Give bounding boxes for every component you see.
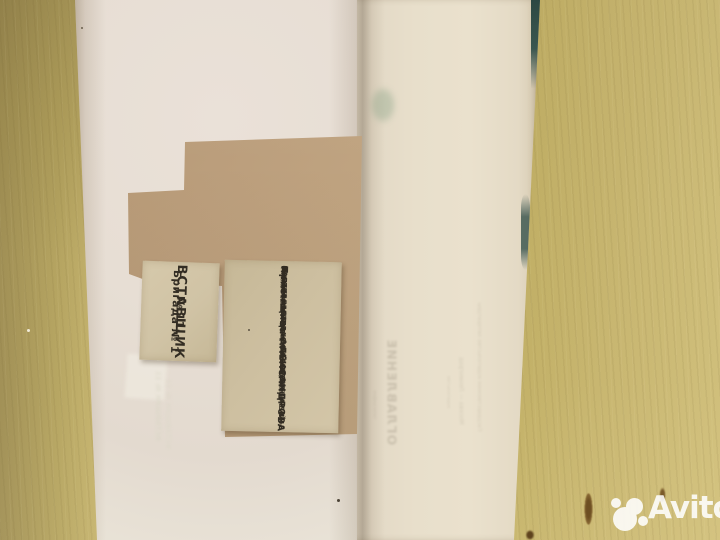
dust-speck bbox=[337, 499, 340, 502]
avito-brand-text: Avito bbox=[648, 490, 720, 526]
production-slip-text: ВСТАВЩИК № 11 Бригада № 1 bbox=[139, 261, 219, 363]
avito-logo-circle-icon bbox=[611, 498, 621, 508]
show-through-text: издательство bbox=[446, 376, 451, 409]
show-through-title: ОГЛАВЛЕНИЕ bbox=[382, 340, 402, 444]
wood-knot bbox=[583, 487, 594, 531]
ghost-ink-text: ВСТАВЩИК № 11 bbox=[164, 379, 172, 449]
show-through-column: Государственное издательство литературы bbox=[471, 304, 487, 430]
avito-logo-circle-icon bbox=[626, 498, 643, 515]
defect-return-slip: Ф-ка книги «КРАСНЫЙ ПРОЛЕТАРИЙ» ИЗДАТЕЛЬ… bbox=[221, 260, 342, 433]
wood-knot bbox=[524, 528, 536, 540]
photo-open-book-on-table: ВСТАВЩИК № 11 ВСТАВЩИК № 11 типография О… bbox=[0, 0, 720, 540]
production-slip: ВСТАВЩИК № 11 Бригада № 1 bbox=[139, 261, 219, 363]
faint-green-stamp bbox=[367, 82, 399, 128]
show-through-text: Москва — Ленинград bbox=[458, 357, 465, 425]
dust-speck bbox=[248, 329, 250, 331]
show-through-text: ОГЛАВЛЕНИЕ bbox=[385, 339, 400, 446]
avito-watermark: Avito bbox=[602, 483, 717, 535]
show-through-column: типография bbox=[366, 382, 382, 428]
show-through-text: Государственное издательство литературы bbox=[476, 303, 482, 432]
dust-speck bbox=[81, 27, 83, 29]
defect-slip-text: Ф-ка книги «КРАСНЫЙ ПРОЛЕТАРИЙ» ИЗДАТЕЛЬ… bbox=[221, 260, 342, 433]
show-through-text: типография bbox=[372, 391, 377, 420]
ghost-ink-transfer: ВСТАВЩИК № 11 bbox=[160, 378, 176, 450]
dust-speck bbox=[27, 329, 30, 332]
avito-logo-circle-icon bbox=[638, 516, 648, 526]
show-through-column: Москва — Ленинград bbox=[453, 354, 469, 428]
slip-brigade-label: Бригада № 1 bbox=[168, 269, 183, 353]
